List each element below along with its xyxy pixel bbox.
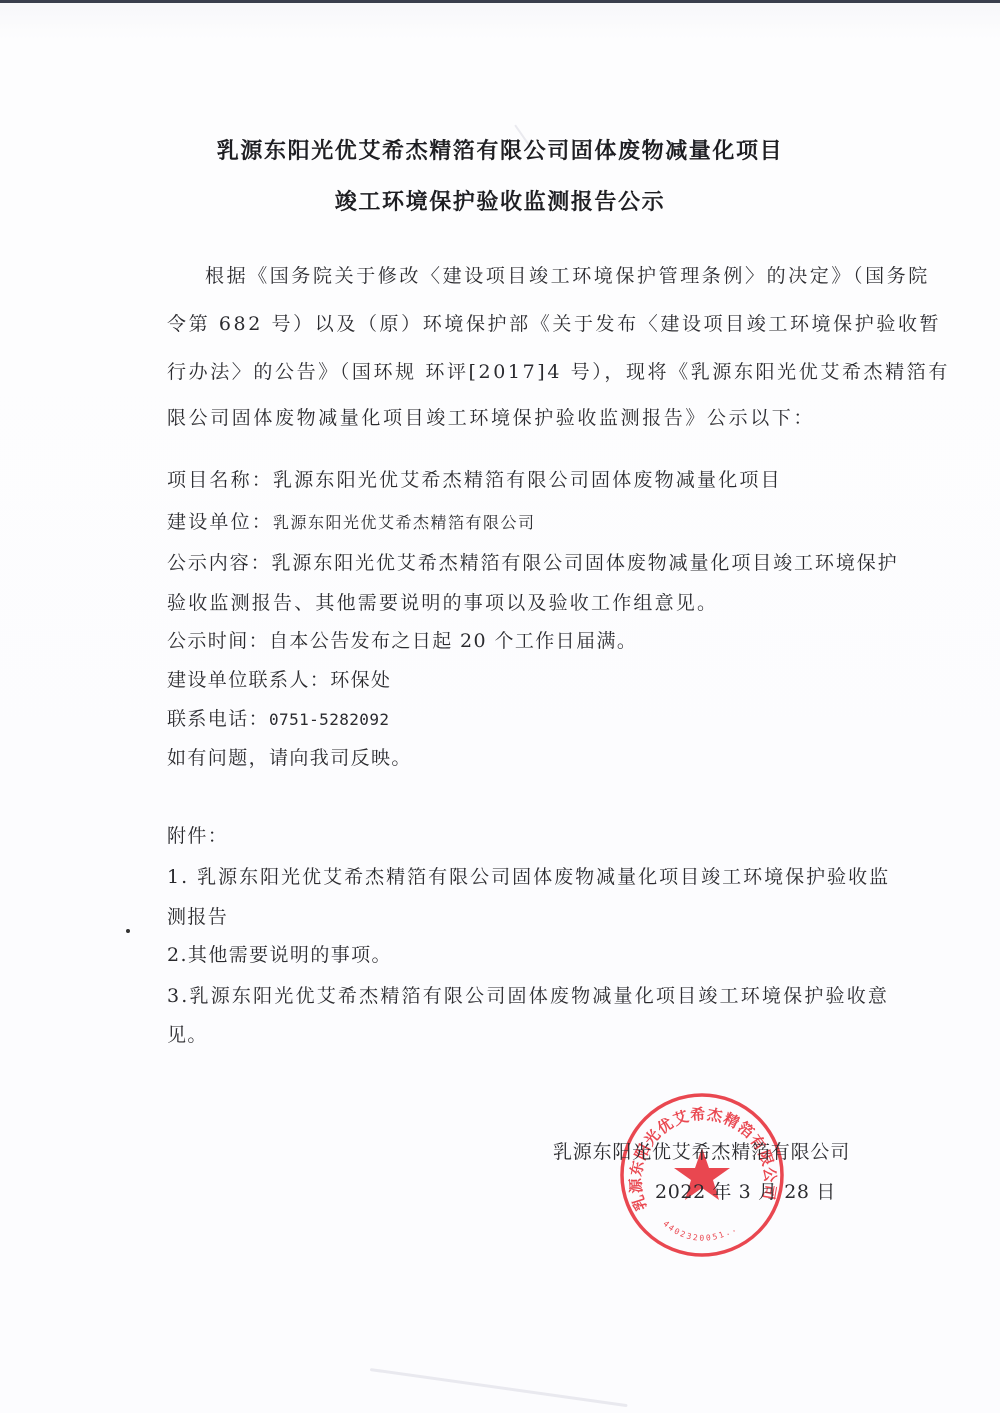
project-name-label: 项目名称： (167, 469, 273, 491)
content-value-line-2: 验收监测报告、其他需要说明的事项以及验收工作组意见。 (167, 590, 867, 616)
scan-artifact (370, 1368, 628, 1407)
builder-row: 建设单位：乳源东阳光优艾希杰精箔有限公司 (167, 509, 867, 536)
contact-row: 建设单位联系人：环保处 (167, 667, 867, 693)
content-label: 公示内容： (167, 552, 272, 574)
content-row: 公示内容：乳源东阳光优艾希杰精箔有限公司固体废物减量化项目竣工环境保护 (167, 550, 867, 576)
phone-row: 联系电话：0751-5282092 (167, 706, 867, 733)
period-value: 自本公告发布之日起 20 个工作日届满。 (269, 630, 637, 652)
phone-label: 联系电话： (167, 708, 269, 730)
builder-label: 建设单位： (167, 511, 273, 533)
contact-value: 环保处 (330, 669, 391, 691)
attachments-heading: 附件： (167, 823, 867, 849)
scan-speck (126, 929, 130, 933)
svg-text:4402320051..: 4402320051.. (661, 1219, 739, 1243)
intro-line-4: 限公司固体废物减量化项目竣工环境保护验收监测报告》公示以下： (167, 405, 867, 431)
project-name-value: 乳源东阳光优艾希杰精箔有限公司固体废物减量化项目 (273, 469, 782, 491)
attachment-2: 2.其他需要说明的事项。 (167, 942, 867, 968)
project-name-row: 项目名称：乳源东阳光优艾希杰精箔有限公司固体废物减量化项目 (167, 467, 867, 493)
attachment-1-line-1: 1. 乳源东阳光优艾希杰精箔有限公司固体废物减量化项目竣工环境保护验收监 (167, 864, 867, 890)
attachment-1-line-2: 测报告 (167, 904, 867, 930)
document-title-line-2: 竣工环境保护验收监测报告公示 (0, 185, 1000, 216)
attachment-3-line-1: 3.乳源东阳光优艾希杰精箔有限公司固体废物减量化项目竣工环境保护验收意 (167, 983, 867, 1009)
intro-line-1: 根据《国务院关于修改〈建设项目竣工环境保护管理条例〉的决定》（国务院 (205, 263, 905, 289)
feedback-line: 如有问题，请向我司反映。 (167, 745, 867, 771)
scan-top-edge (0, 0, 1000, 3)
document-page: 乳源东阳光优艾希杰精箔有限公司固体废物减量化项目 竣工环境保护验收监测报告公示 … (0, 0, 1000, 1413)
contact-label: 建设单位联系人： (167, 669, 330, 691)
period-row: 公示时间：自本公告发布之日起 20 个工作日届满。 (167, 628, 867, 654)
content-value-line-1: 乳源东阳光优艾希杰精箔有限公司固体废物减量化项目竣工环境保护 (272, 552, 899, 574)
attachment-3-line-2: 见。 (167, 1022, 867, 1048)
builder-value: 乳源东阳光优艾希杰精箔有限公司 (273, 513, 536, 532)
signature-company: 乳源东阳光优艾希杰精箔有限公司 (553, 1137, 850, 1164)
official-seal-stamp-icon: 乳源东阳光优艾希杰精箔有限公司 4402320051.. (617, 1090, 787, 1260)
intro-line-2: 令第 682 号）以及（原）环境保护部《关于发布〈建设项目竣工环境保护验收暂 (167, 311, 867, 337)
seal-code: 4402320051.. (661, 1219, 739, 1243)
intro-line-3: 行办法〉的公告》（国环规 环评[2017]4 号），现将《乳源东阳光优艾希杰精箔… (167, 359, 867, 385)
document-title-line-1: 乳源东阳光优艾希杰精箔有限公司固体废物减量化项目 (0, 134, 1000, 165)
signature-date: 2022 年 3 月 28 日 (655, 1177, 836, 1204)
phone-value: 0751-5282092 (269, 710, 389, 729)
period-label: 公示时间： (167, 630, 269, 652)
